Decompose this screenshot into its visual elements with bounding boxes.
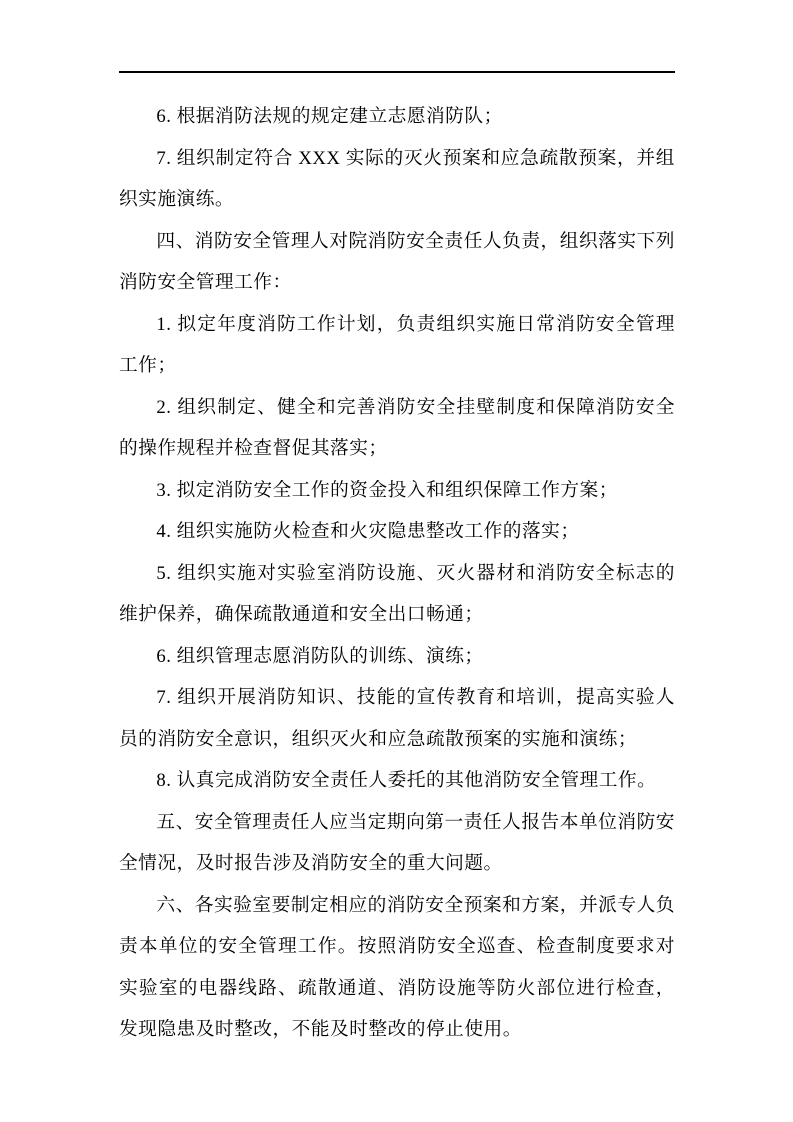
paragraph: 8. 认真完成消防安全责任人委托的其他消防安全管理工作。	[119, 760, 675, 802]
paragraph: 六、各实验室要制定相应的消防安全预案和方案，并派专人负责本单位的安全管理工作。按…	[119, 885, 675, 1051]
paragraph: 4. 组织实施防火检查和火灾隐患整改工作的落实；	[119, 511, 675, 553]
document-body: 6. 根据消防法规的规定建立志愿消防队； 7. 组织制定符合 XXX 实际的灭火…	[119, 96, 675, 1051]
paragraph: 7. 组织制定符合 XXX 实际的灭火预案和应急疏散预案，并组织实施演练。	[119, 138, 675, 221]
paragraph: 2. 组织制定、健全和完善消防安全挂壁制度和保障消防安全的操作规程并检查督促其落…	[119, 387, 675, 470]
document-page: 6. 根据消防法规的规定建立志愿消防队； 7. 组织制定符合 XXX 实际的灭火…	[0, 0, 793, 1122]
paragraph: 四、消防安全管理人对院消防安全责任人负责，组织落实下列消防安全管理工作：	[119, 221, 675, 304]
paragraph: 1. 拟定年度消防工作计划，负责组织实施日常消防安全管理工作；	[119, 304, 675, 387]
header-rule	[119, 71, 675, 73]
paragraph: 7. 组织开展消防知识、技能的宣传教育和培训，提高实验人员的消防安全意识，组织灭…	[119, 677, 675, 760]
paragraph: 6. 根据消防法规的规定建立志愿消防队；	[119, 96, 675, 138]
paragraph: 5. 组织实施对实验室消防设施、灭火器材和消防安全标志的维护保养，确保疏散通道和…	[119, 553, 675, 636]
paragraph: 五、安全管理责任人应当定期向第一责任人报告本单位消防安全情况，及时报告涉及消防安…	[119, 802, 675, 885]
paragraph: 6. 组织管理志愿消防队的训练、演练；	[119, 636, 675, 678]
paragraph: 3. 拟定消防安全工作的资金投入和组织保障工作方案；	[119, 470, 675, 512]
